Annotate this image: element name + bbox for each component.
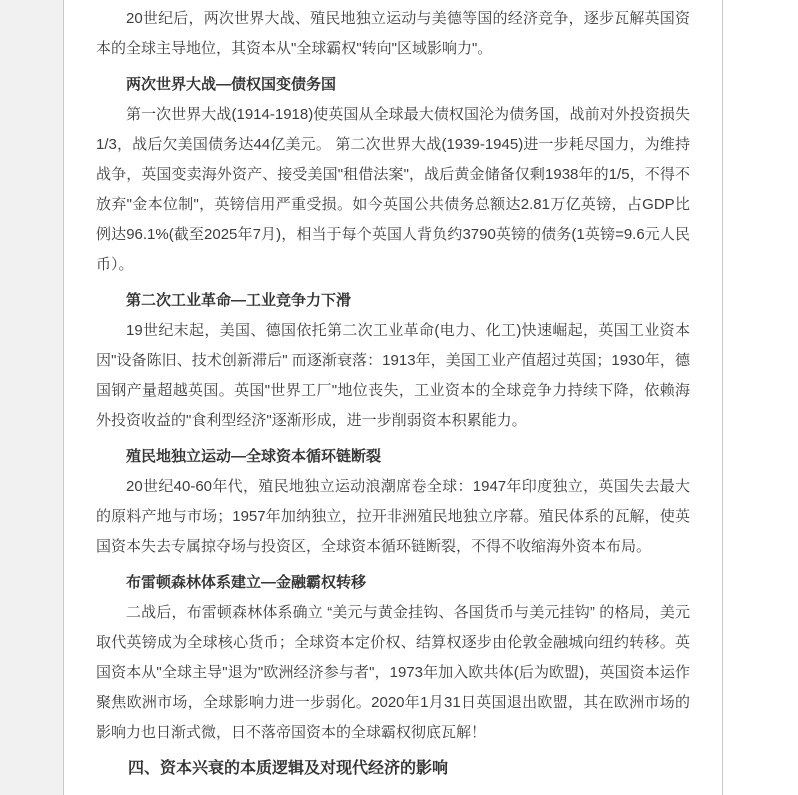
paragraph: 20世纪后，两次世界大战、殖民地独立运动与美德等国的经济竞争，逐步瓦解英国资本的… (96, 4, 690, 64)
section-heading: 殖民地独立运动—全球资本循环链断裂 (96, 442, 690, 472)
chapter-heading: 四、资本兴衰的本质逻辑及对现代经济的影响 (96, 754, 690, 784)
section-heading: 布雷顿森林体系建立—金融霸权转移 (96, 568, 690, 598)
section-heading: 第二次工业革命—工业竞争力下滑 (96, 286, 690, 316)
paragraph: 第一次世界大战(1914-1918)使英国从全球最大债权国沦为债务国，战前对外投… (96, 100, 690, 280)
paragraph: 二战后，布雷顿森林体系确立 “美元与黄金挂钩、各国货币与美元挂钩” 的格局，美元… (96, 598, 690, 748)
paragraph: 19世纪末起，美国、德国依托第二次工业革命(电力、化工)快速崛起，英国工业资本因… (96, 316, 690, 436)
paragraph: 20世纪40-60年代，殖民地独立运动浪潮席卷全球：1947年印度独立，英国失去… (96, 472, 690, 562)
page: 20世纪后，两次世界大战、殖民地独立运动与美德等国的经济竞争，逐步瓦解英国资本的… (0, 0, 798, 795)
section-heading: 两次世界大战—债权国变债务国 (96, 70, 690, 100)
right-margin (723, 0, 798, 795)
left-margin (0, 0, 63, 795)
article-content: 20世纪后，两次世界大战、殖民地独立运动与美德等国的经济竞争，逐步瓦解英国资本的… (63, 0, 723, 795)
